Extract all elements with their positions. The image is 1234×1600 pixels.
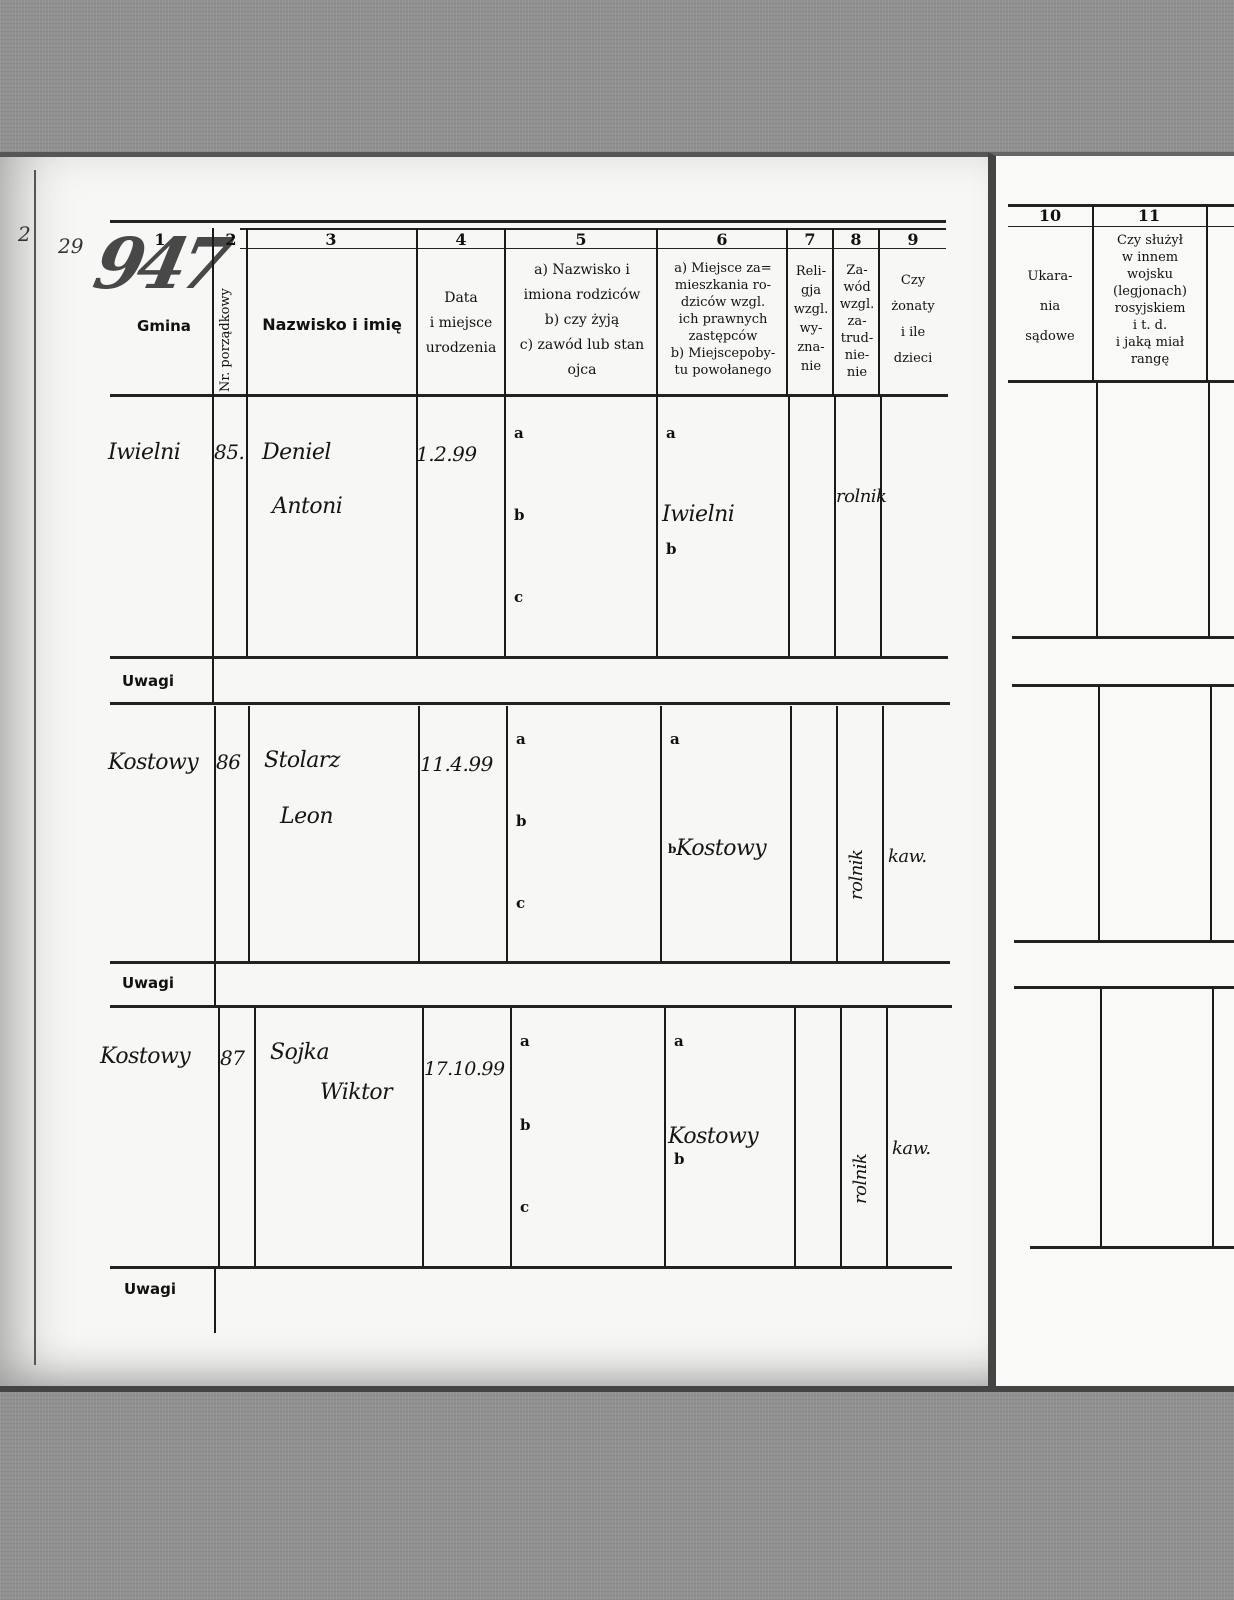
nr-value: 86 [216,750,240,774]
right-row-rule [1012,684,1234,687]
col-6-label: a) Miejsce za= mieszkania ro- dziców wzg… [658,260,788,379]
col-6-line: dziców wzgl. [658,294,788,311]
col-1-label: Gmina [118,318,210,335]
row-divider [418,706,420,962]
col-11-line: rosyjskiem [1094,300,1206,317]
col-11-line: w innem [1094,249,1206,266]
col-11-line: wojsku [1094,266,1206,283]
col-8-line: nie- [834,347,880,364]
col-9-line: i ile [880,320,946,346]
sub-label-b: b [520,1116,531,1134]
row-rule [110,1005,952,1008]
col-9-line: Czy [880,268,946,294]
row-rule [110,961,950,964]
hdr-divider [832,228,834,396]
row-rule [110,1266,952,1269]
header-bottom-rule [110,394,948,397]
col-8-line: za- [834,313,880,330]
col-8-line: Za- [834,262,880,279]
hdr-divider [878,228,880,396]
col-11-line: i jaką miał [1094,334,1206,351]
sub-label-a: a [670,730,680,748]
row-divider [790,706,792,962]
col-9-label: Czy żonaty i ile dzieci [880,268,946,372]
col-7-line: zna- [788,338,834,357]
row-divider [660,706,662,962]
col-4-line: Data [418,286,504,311]
col-5-number: 5 [506,230,656,249]
col-11-line: rangę [1094,351,1206,368]
col-11-line: i t. d. [1094,317,1206,334]
residence-value: Iwielni [662,502,734,527]
hdr-divider [212,228,214,396]
col-10-line: nia [1010,292,1090,322]
surname-value: Sojka [270,1040,329,1065]
row-divider [510,1008,512,1266]
birthdate-value: 17.10.99 [424,1058,505,1080]
col-8-line: nie [834,364,880,381]
gmina-value: Kostowy [100,1044,190,1069]
col-10-line: Ukara- [1010,262,1090,292]
col-7-number: 7 [788,230,832,249]
surname-value: Deniel [262,440,331,465]
right-row-divider [1208,383,1210,637]
col-4-line: i miejsce [418,311,504,336]
col-8-number: 8 [834,230,878,249]
right-row-divider [1096,383,1098,637]
marital-value: kaw. [892,1138,931,1159]
col-11-number: 11 [1094,206,1204,225]
left-margin-rule [34,170,36,1365]
hdr-divider [504,228,506,396]
col-11-line: Czy służył [1094,232,1206,249]
gmina-value: Iwielni [108,440,180,465]
row-divider [834,396,836,656]
firstname-value: Leon [280,804,333,829]
sub-label-a: a [520,1032,530,1050]
sub-label-b: b [674,1150,685,1168]
row-rule [110,702,950,705]
firstname-value: Wiktor [320,1080,392,1105]
uwagi-divider [214,964,216,1006]
col-6-line: b) Miejscepoby- [658,345,788,362]
col-9-line: dzieci [880,346,946,372]
col-5-line: a) Nazwisko i [506,258,658,283]
right-header-num-rule [1008,226,1234,227]
uwagi-label: Uwagi [122,974,174,992]
right-row-divider [1212,989,1214,1247]
row-divider [882,706,884,962]
hdr-divider [786,228,788,396]
margin-note-2: 2 [18,222,31,246]
col-8-label: Za- wód wzgl. za- trud- nie- nie [834,262,880,381]
col-8-line: trud- [834,330,880,347]
firstname-value: Antoni [272,494,342,519]
col-5-line: c) zawód lub stan [506,333,658,358]
row-divider [212,396,214,656]
sub-label-c: c [516,894,525,912]
row-divider [416,396,418,656]
sub-label-a: a [514,424,524,442]
row-divider [246,396,248,656]
right-row-divider [1098,687,1100,941]
col-4-line: urodzenia [418,336,504,361]
col-1-number: 1 [140,230,180,249]
surname-value: Stolarz [264,748,340,773]
right-row-divider [1210,687,1212,941]
row-rule [110,656,948,659]
gmina-value: Kostowy [108,750,198,775]
col-9-number: 9 [880,230,946,249]
margin-note-29: 29 [58,234,83,258]
row-divider [836,706,838,962]
right-row-rule [1030,1246,1234,1249]
sub-label-b: b [516,812,527,830]
residence-value: Kostowy [668,1124,758,1149]
col-5-line: imiona rodziców [506,283,658,308]
col-10-label: Ukara- nia sądowe [1010,262,1090,352]
row-divider [886,1008,888,1266]
col-7-label: Reli- gja wzgl. wy- zna- nie [788,262,834,376]
row-divider [788,396,790,656]
uwagi-label: Uwagi [122,672,174,690]
col-7-line: nie [788,357,834,376]
occupation-value: rolnik [850,1154,871,1204]
col-3-label: Nazwisko i imię [248,316,416,333]
nr-value: 87 [220,1046,244,1070]
col-10-number: 10 [1010,206,1090,225]
col-7-line: gja [788,281,834,300]
col-6-line: mieszkania ro- [658,277,788,294]
row-divider [422,1008,424,1266]
col-6-line: ich prawnych [658,311,788,328]
row-divider [656,396,658,656]
row-divider [664,1008,666,1266]
col-2-label: Nr. porządkowy [218,232,233,392]
hdr-divider [416,228,418,396]
col-11-label: Czy służył w innem wojsku (legjonach) ro… [1094,232,1206,368]
col-8-line: wód [834,279,880,296]
col-4-label: Data i miejsce urodzenia [418,286,504,361]
right-row-divider [1100,989,1102,1247]
row-divider [504,396,506,656]
col-7-line: wy- [788,319,834,338]
hdr-divider [246,228,248,396]
col-7-line: wzgl. [788,300,834,319]
right-header-bottom-rule [1008,380,1234,383]
hdr-divider [1206,206,1208,382]
uwagi-divider [214,1269,216,1333]
col-6-number: 6 [658,230,786,249]
sub-label-a: a [674,1032,684,1050]
col-11-line: (legjonach) [1094,283,1206,300]
birthdate-value: 11.4.99 [420,752,493,776]
uwagi-divider [212,659,214,703]
col-6-line: tu powołanego [658,362,788,379]
row-divider [248,706,250,962]
col-5-label: a) Nazwisko i imiona rodziców b) czy żyj… [506,258,658,383]
col-9-line: żonaty [880,294,946,320]
col-10-line: sądowe [1010,322,1090,352]
sub-label-c: c [514,588,523,606]
uwagi-label: Uwagi [124,1280,176,1298]
right-row-rule [1014,986,1234,989]
col-6-line: a) Miejsce za= [658,260,788,277]
row-divider [880,396,882,656]
birthdate-value: 1.2.99 [416,442,477,466]
sub-label-b: b [514,506,525,524]
sub-label-b: b [666,540,677,558]
row-divider [840,1008,842,1266]
col-6-line: zastępców [658,328,788,345]
occupation-value: rolnik [846,850,867,900]
col-8-line: wzgl. [834,296,880,313]
sub-label-a: a [666,424,676,442]
col-3-number: 3 [246,230,416,249]
row-divider [506,706,508,962]
col-5-line: ojca [506,358,658,383]
hdr-divider [656,228,658,396]
sub-label-a: a [516,730,526,748]
row-divider [254,1008,256,1266]
nr-value: 85. [214,440,244,464]
occupation-value: rolnik [836,486,886,507]
col-4-number: 4 [418,230,504,249]
right-row-rule [1012,636,1234,639]
header-top-rule [110,220,946,223]
col-5-line: b) czy żyją [506,308,658,333]
col-7-line: Reli- [788,262,834,281]
sub-label-c: c [520,1198,529,1216]
row-divider [794,1008,796,1266]
right-row-rule [1014,940,1234,943]
marital-value: kaw. [888,846,927,867]
row-divider [214,706,216,962]
residence-value: Kostowy [676,836,766,861]
